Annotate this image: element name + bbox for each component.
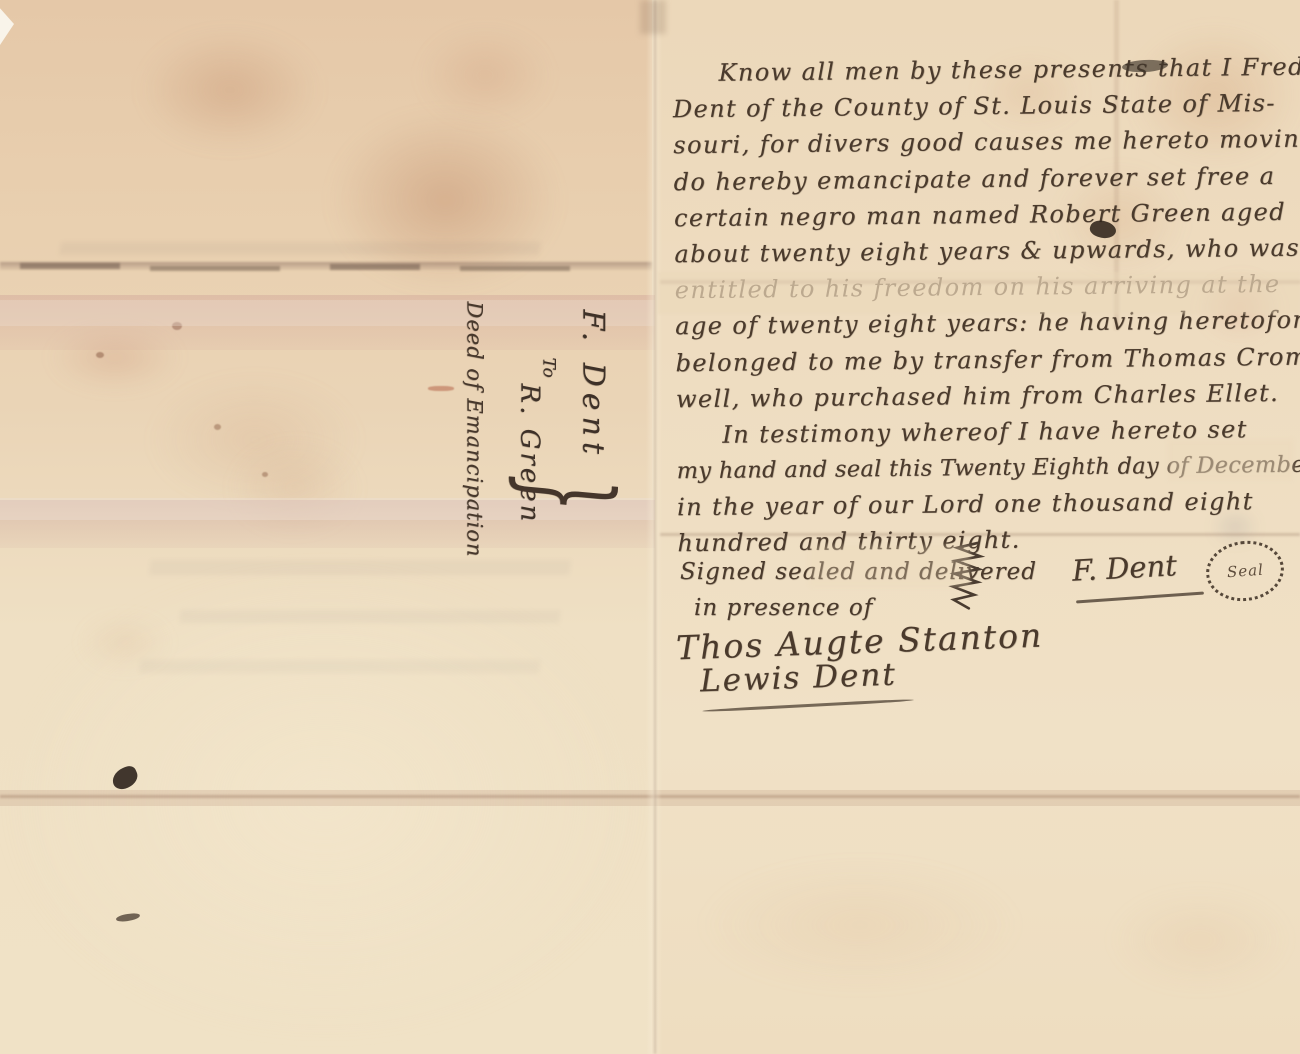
docket-to: To [539, 358, 559, 378]
speck [214, 424, 221, 430]
letter-line: do hereby emancipate and forever set fre… [674, 157, 1299, 200]
grantor-signature: F. Dent [1071, 548, 1177, 587]
letter-line: souri, for divers good causes me hereto … [673, 121, 1298, 164]
letter-body: Know all men by these presents that I Fr… [672, 49, 1300, 562]
letter-line: age of twenty eight years: he having her… [675, 302, 1300, 345]
letter-line: in the year of our Lord one thousand eig… [677, 483, 1300, 526]
flourish-squiggle [944, 538, 990, 618]
torn-edge-notch [0, 6, 14, 48]
seal-label: Seal [1226, 561, 1264, 582]
document-scan: Know all men by these presents that I Fr… [0, 0, 1300, 1054]
docket-title: Deed of Emancipation [463, 302, 487, 558]
docket: F. Dent To R. Green } Deed of Emancipati… [440, 296, 615, 566]
speck [96, 352, 104, 358]
docket-brace: } [511, 474, 629, 512]
speck [262, 472, 268, 477]
docket-party-from: F. Dent [576, 310, 611, 460]
witness-signature: Lewis Dent [699, 657, 897, 700]
speck [172, 322, 182, 330]
letter-line: belonged to me by transfer from Thomas C… [675, 338, 1300, 381]
